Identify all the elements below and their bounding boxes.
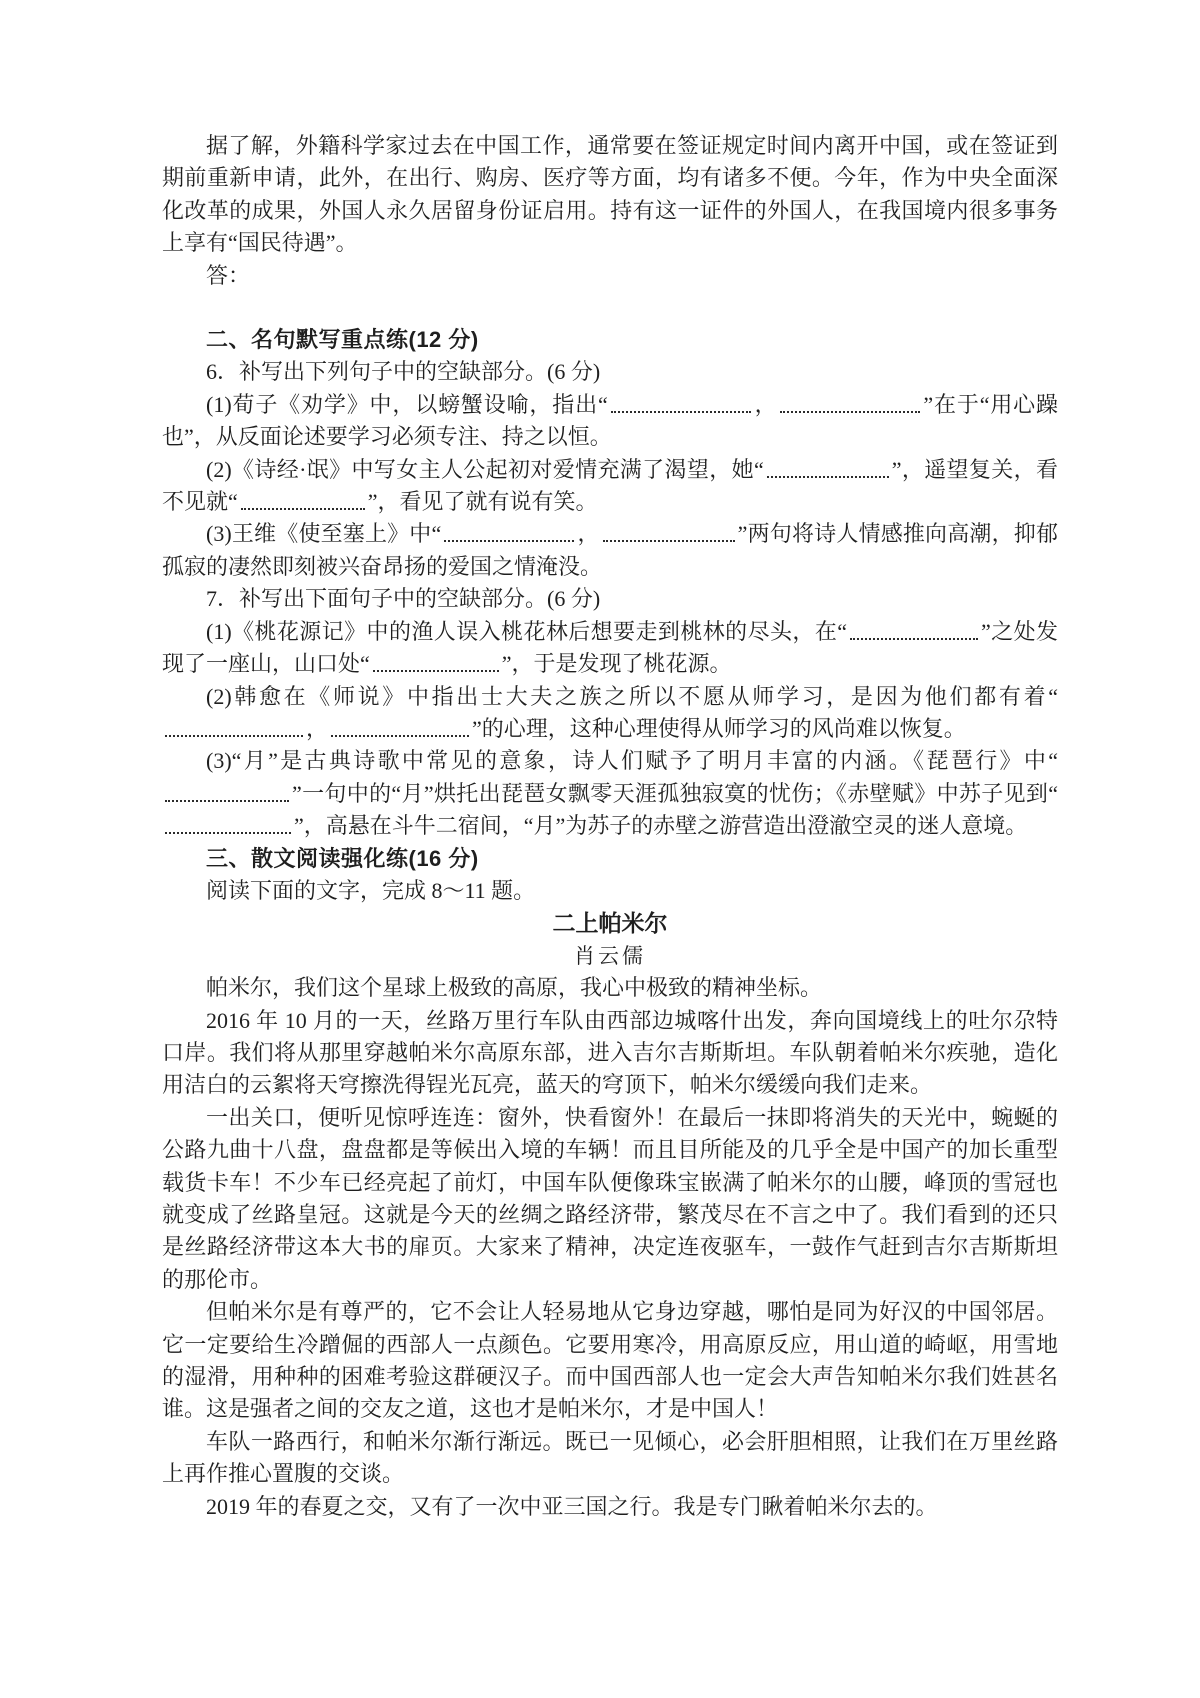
text-run: 二上帕米尔 bbox=[553, 910, 668, 936]
body-paragraph: (1)《桃花源记》中的渔人误入桃花林后想要走到桃林的尽头，在“”之处发现了一座山… bbox=[162, 616, 1058, 681]
section-heading: 二、名句默写重点练(12 分) bbox=[162, 324, 1058, 356]
text-run: ”的心理，这种心理使得从师学习的风尚难以恢复。 bbox=[472, 716, 966, 741]
section-heading: 三、散文阅读强化练(16 分) bbox=[162, 843, 1058, 875]
text-run: ”，看见了就有说有笑。 bbox=[368, 489, 598, 514]
body-paragraph: 一出关口，便听见惊呼连连：窗外，快看窗外！在最后一抹即将消失的天光中，蜿蜒的公路… bbox=[162, 1102, 1058, 1296]
body-paragraph: (3)“月”是古典诗歌中常见的意象，诗人们赋予了明月丰富的内涵。《琵琶行》中“”… bbox=[162, 745, 1058, 842]
fill-in-blank bbox=[165, 779, 289, 802]
body-paragraph: (2)韩愈在《师说》中指出士大夫之族之所以不愿从师学习，是因为他们都有着“，”的… bbox=[162, 681, 1058, 746]
document-body: 据了解，外籍科学家过去在中国工作，通常要在签证规定时间内离开中国，或在签证到期前… bbox=[162, 130, 1058, 1523]
text-run: 2016 年 10 月的一天，丝路万里行车队由西部边城喀什出发，奔向国境线上的吐… bbox=[162, 1008, 1058, 1098]
text-run: 二、名句默写重点练(12 分) bbox=[206, 327, 479, 352]
paragraph-gap bbox=[162, 292, 1058, 324]
text-run: 肖云儒 bbox=[574, 944, 646, 968]
text-run: ， bbox=[754, 392, 778, 417]
body-paragraph: 帕米尔，我们这个星球上极致的高原，我心中极致的精神坐标。 bbox=[162, 972, 1058, 1004]
body-paragraph: (1)荀子《劝学》中，以螃蟹设喻，指出“，”在于“用心躁也”，从反面论述要学习必… bbox=[162, 389, 1058, 454]
text-run: (1)荀子《劝学》中，以螃蟹设喻，指出“ bbox=[206, 392, 608, 417]
text-run: 阅读下面的文字，完成 8～11 题。 bbox=[206, 878, 535, 903]
body-paragraph: (2)《诗经·氓》中写女主人公起初对爱情充满了渴望，她“”，遥望复关，看不见就“… bbox=[162, 454, 1058, 519]
body-paragraph: 但帕米尔是有尊严的，它不会让人轻易地从它身边穿越，哪怕是同为好汉的中国邻居。它一… bbox=[162, 1296, 1058, 1426]
text-run: 据了解，外籍科学家过去在中国工作，通常要在签证规定时间内离开中国，或在签证到期前… bbox=[162, 133, 1058, 255]
body-paragraph: 阅读下面的文字，完成 8～11 题。 bbox=[162, 875, 1058, 907]
body-paragraph: 车队一路西行，和帕米尔渐行渐远。既已一见倾心，必会肝胆相照，让我们在万里丝路上再… bbox=[162, 1426, 1058, 1491]
text-run: (2)韩愈在《师说》中指出士大夫之族之所以不愿从师学习，是因为他们都有着“ bbox=[206, 684, 1058, 709]
fill-in-blank bbox=[780, 390, 920, 413]
exam-page: 据了解，外籍科学家过去在中国工作，通常要在签证规定时间内离开中国，或在签证到期前… bbox=[0, 0, 1200, 1698]
body-paragraph: 2019 年的春夏之交，又有了一次中亚三国之行。我是专门瞅着帕米尔去的。 bbox=[162, 1491, 1058, 1523]
answer-line: 答： bbox=[162, 260, 1058, 292]
text-run: 2019 年的春夏之交，又有了一次中亚三国之行。我是专门瞅着帕米尔去的。 bbox=[206, 1494, 938, 1519]
text-run: 帕米尔，我们这个星球上极致的高原，我心中极致的精神坐标。 bbox=[206, 975, 822, 1000]
text-run: 三、散文阅读强化练(16 分) bbox=[206, 846, 479, 871]
fill-in-blank bbox=[611, 390, 751, 413]
fill-in-blank bbox=[767, 455, 889, 478]
text-run: ”一句中的“月”烘托出琵琶女飘零天涯孤独寂寞的忧伤；《赤壁赋》中苏子见到“ bbox=[292, 781, 1058, 806]
text-run: 车队一路西行，和帕米尔渐行渐远。既已一见倾心，必会肝胆相照，让我们在万里丝路上再… bbox=[162, 1429, 1058, 1486]
fill-in-blank bbox=[165, 811, 291, 834]
body-paragraph: 7．补写出下面句子中的空缺部分。(6 分) bbox=[162, 583, 1058, 615]
essay-author: 肖云儒 bbox=[162, 940, 1058, 972]
fill-in-blank bbox=[241, 487, 365, 510]
text-run: 答： bbox=[206, 263, 250, 288]
fill-in-blank bbox=[603, 520, 735, 543]
text-run: (1)《桃花源记》中的渔人误入桃花林后想要走到桃林的尽头，在“ bbox=[206, 619, 847, 644]
fill-in-blank bbox=[165, 714, 303, 737]
text-run: 6．补写出下列句子中的空缺部分。(6 分) bbox=[206, 359, 600, 384]
text-run: 7．补写出下面句子中的空缺部分。(6 分) bbox=[206, 586, 600, 611]
body-paragraph: 6．补写出下列句子中的空缺部分。(6 分) bbox=[162, 356, 1058, 388]
text-run: (3)“月”是古典诗歌中常见的意象，诗人们赋予了明月丰富的内涵。《琵琶行》中“ bbox=[206, 748, 1058, 773]
body-paragraph: (3)王维《使至塞上》中“，”两句将诗人情感推向高潮，抑郁孤寂的凄然即刻被兴奋昂… bbox=[162, 518, 1058, 583]
fill-in-blank bbox=[373, 649, 499, 672]
text-run: ， bbox=[306, 716, 328, 741]
fill-in-blank bbox=[444, 520, 574, 543]
essay-title: 二上帕米尔 bbox=[162, 907, 1058, 939]
text-run: ， bbox=[577, 521, 599, 546]
text-run: (2)《诗经·氓》中写女主人公起初对爱情充满了渴望，她“ bbox=[206, 457, 764, 482]
body-paragraph: 2016 年 10 月的一天，丝路万里行车队由西部边城喀什出发，奔向国境线上的吐… bbox=[162, 1005, 1058, 1102]
text-run: 一出关口，便听见惊呼连连：窗外，快看窗外！在最后一抹即将消失的天光中，蜿蜒的公路… bbox=[162, 1105, 1058, 1292]
text-run: (3)王维《使至塞上》中“ bbox=[206, 521, 441, 546]
fill-in-blank bbox=[850, 617, 978, 640]
body-paragraph: 据了解，外籍科学家过去在中国工作，通常要在签证规定时间内离开中国，或在签证到期前… bbox=[162, 130, 1058, 260]
text-run: ”，于是发现了桃花源。 bbox=[502, 651, 732, 676]
fill-in-blank bbox=[331, 714, 469, 737]
text-run: ”，高悬在斗牛二宿间，“月”为苏子的赤壁之游营造出澄澈空灵的迷人意境。 bbox=[294, 813, 1027, 838]
text-run: 但帕米尔是有尊严的，它不会让人轻易地从它身边穿越，哪怕是同为好汉的中国邻居。它一… bbox=[162, 1299, 1058, 1421]
